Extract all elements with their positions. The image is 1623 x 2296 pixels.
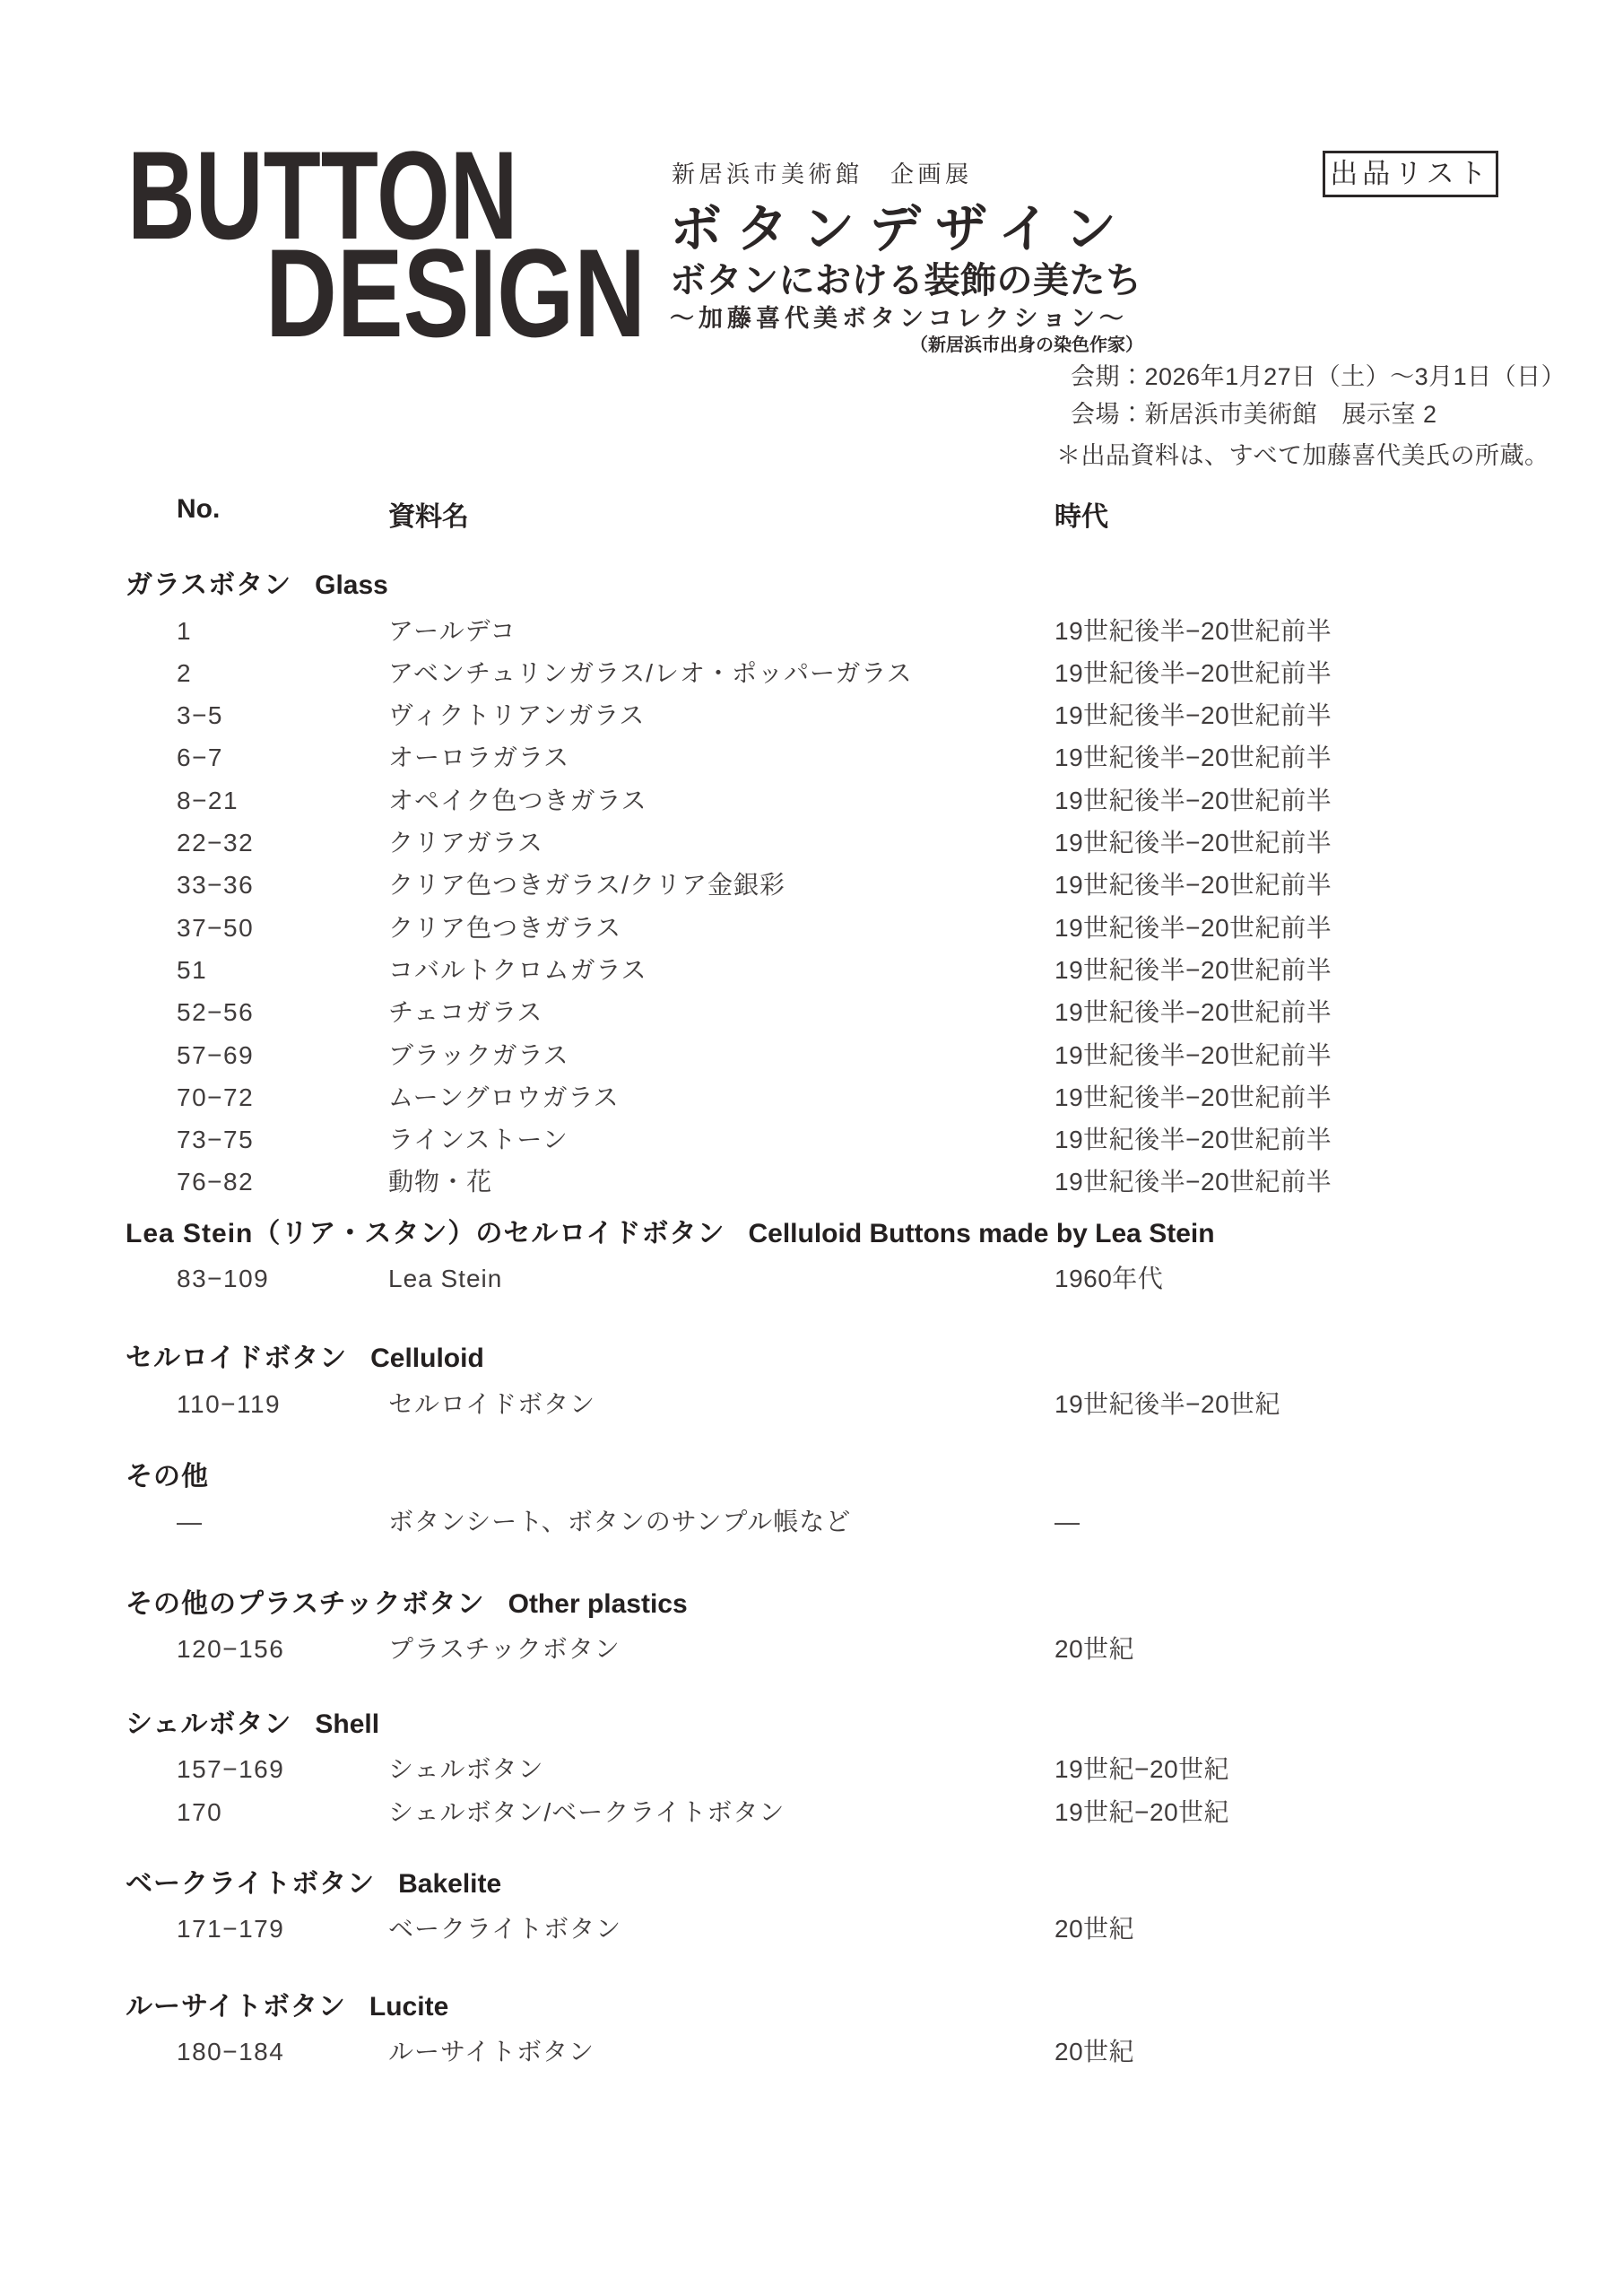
row-name: Lea Stein <box>388 1264 502 1294</box>
table-row: —ボタンシート、ボタンのサンプル帳など— <box>0 1503 1623 1545</box>
section-header: その他のプラスチックボタンOther plastics <box>0 1588 1623 1631</box>
table-row: 180−184ルーサイトボタン20世紀 <box>0 2033 1623 2075</box>
table-row: 6−7オーロラガラス19世紀後半−20世紀前半 <box>0 739 1623 781</box>
section-title-en: Celluloid <box>370 1344 484 1373</box>
table-row: 83−109Lea Stein1960年代 <box>0 1260 1623 1302</box>
row-no: 120−156 <box>177 1634 284 1665</box>
table-row: 8−21オペイク色つきガラス19世紀後半−20世紀前半 <box>0 782 1623 824</box>
table-row: 2アベンチュリンガラス/レオ・ポッパーガラス19世紀後半−20世紀前半 <box>0 655 1623 697</box>
row-era: 19世紀後半−20世紀前半 <box>1055 870 1332 900</box>
row-name: ムーングロウガラス <box>388 1083 620 1113</box>
row-name: アベンチュリンガラス/レオ・ポッパーガラス <box>388 658 913 689</box>
row-name: クリア色つきガラス/クリア金銀彩 <box>388 870 785 900</box>
column-header-name: 資料名 <box>388 494 469 534</box>
table-row: 37−50クリア色つきガラス19世紀後半−20世紀前半 <box>0 909 1623 952</box>
row-era: 19世紀後半−20世紀前半 <box>1055 997 1332 1028</box>
row-no: 22−32 <box>177 828 254 858</box>
row-era: 19世紀後半−20世紀前半 <box>1055 828 1332 858</box>
table-row: 76−82動物・花19世紀後半−20世紀前半 <box>0 1163 1623 1205</box>
table-row: 1アールデコ19世紀後半−20世紀前半 <box>0 613 1623 655</box>
row-name: クリア色つきガラス <box>388 913 621 944</box>
exhibit-list-badge: 出品リスト <box>1323 151 1498 197</box>
section-header: セルロイドボタンCelluloid <box>0 1343 1623 1385</box>
row-no: 6−7 <box>177 743 223 773</box>
row-era: 19世紀後半−20世紀前半 <box>1055 743 1332 773</box>
row-era: 1960年代 <box>1055 1264 1163 1294</box>
exhibition-venue: 会場：新居浜市美術館 展示室 2 <box>1071 395 1437 430</box>
row-no: 51 <box>177 955 207 986</box>
row-name: プラスチックボタン <box>388 1634 621 1665</box>
row-era: 19世紀後半−20世紀前半 <box>1055 913 1332 944</box>
row-era: 19世紀後半−20世紀前半 <box>1055 616 1332 647</box>
logo-line-design: DESIGN <box>265 230 646 356</box>
artist-note: （新居浜市出身の染色作家） <box>910 330 1143 356</box>
table-row: 70−72ムーングロウガラス19世紀後半−20世紀前半 <box>0 1079 1623 1121</box>
section-header: ベークライトボタンBakelite <box>0 1868 1623 1910</box>
row-no: 110−119 <box>177 1389 281 1420</box>
exhibition-list-document: BUTTON DESIGN 新居浜市美術館 企画展 ボタンデザイン ボタンにおけ… <box>0 0 1623 2296</box>
row-era: 19世紀後半−20世紀 <box>1055 1389 1280 1420</box>
table-column-headers: No. 資料名 時代 <box>0 489 1623 531</box>
section-title-en: Bakelite <box>398 1869 501 1899</box>
row-era: 20世紀 <box>1055 1634 1134 1665</box>
row-name: ブラックガラス <box>388 1040 569 1071</box>
table-row: 52−56チェコガラス19世紀後半−20世紀前半 <box>0 994 1623 1036</box>
section: その他—ボタンシート、ボタンのサンプル帳など— <box>0 1461 1623 1546</box>
section-header: ガラスボタンGlass <box>0 570 1623 612</box>
section-header: Lea Stein（リア・スタン）のセルロイドボタンCelluloid Butt… <box>0 1218 1623 1260</box>
row-era: 19世紀後半−20世紀前半 <box>1055 1125 1332 1155</box>
row-no: 170 <box>177 1797 222 1828</box>
column-header-era: 時代 <box>1055 494 1108 534</box>
row-name: ボタンシート、ボタンのサンプル帳など <box>388 1507 851 1537</box>
column-header-no: No. <box>177 494 220 525</box>
row-no: 180−184 <box>177 2037 284 2067</box>
table-row: 33−36クリア色つきガラス/クリア金銀彩19世紀後半−20世紀前半 <box>0 866 1623 909</box>
row-no: 70−72 <box>177 1083 254 1113</box>
row-name: ベークライトボタン <box>388 1914 621 1944</box>
section-title-ja: ベークライトボタン <box>126 1869 375 1899</box>
row-name: コバルトクロムガラス <box>388 955 647 986</box>
table-row: 57−69ブラックガラス19世紀後半−20世紀前半 <box>0 1037 1623 1079</box>
section: ルーサイトボタンLucite180−184ルーサイトボタン20世紀 <box>0 1991 1623 2076</box>
section-title-en: Other plastics <box>508 1589 688 1619</box>
table-row: 3−5ヴィクトリアンガラス19世紀後半−20世紀前半 <box>0 697 1623 739</box>
section-title-ja: その他 <box>126 1462 209 1492</box>
sections-container: ガラスボタンGlass1アールデコ19世紀後半−20世紀前半2アベンチュリンガラ… <box>0 570 1623 2075</box>
row-era: 19世紀後半−20世紀前半 <box>1055 1083 1332 1113</box>
section-header: その他 <box>0 1461 1623 1503</box>
table-row: 51コバルトクロムガラス19世紀後半−20世紀前半 <box>0 952 1623 994</box>
row-era: 20世紀 <box>1055 2037 1134 2067</box>
row-name: オペイク色つきガラス <box>388 786 647 816</box>
row-no: 37−50 <box>177 913 254 944</box>
table-row: 120−156プラスチックボタン20世紀 <box>0 1631 1623 1673</box>
section: シェルボタンShell157−169シェルボタン19世紀−20世紀170シェルボ… <box>0 1709 1623 1836</box>
row-name: ヴィクトリアンガラス <box>388 700 645 731</box>
section: ベークライトボタンBakelite171−179ベークライトボタン20世紀 <box>0 1868 1623 1953</box>
row-name: オーロラガラス <box>388 743 569 773</box>
row-no: 52−56 <box>177 997 254 1028</box>
row-era: 20世紀 <box>1055 1914 1134 1944</box>
row-no: 3−5 <box>177 700 223 731</box>
section-title-ja: セルロイドボタン <box>126 1344 347 1373</box>
row-no: 33−36 <box>177 870 254 900</box>
row-name: シェルボタン/ベークライトボタン <box>388 1797 785 1828</box>
exhibition-subtitle: ボタンにおける装飾の美たち <box>670 252 1142 303</box>
museum-and-exhibition-type: 新居浜市美術館 企画展 <box>672 156 973 189</box>
section-title-ja: Lea Stein（リア・スタン）のセルロイドボタン <box>126 1219 725 1248</box>
row-name: チェコガラス <box>388 997 542 1028</box>
section: ガラスボタンGlass1アールデコ19世紀後半−20世紀前半2アベンチュリンガラ… <box>0 570 1623 1205</box>
row-name: アールデコ <box>388 616 516 647</box>
row-era: 19世紀後半−20世紀前半 <box>1055 955 1332 986</box>
row-era: 19世紀−20世紀 <box>1055 1754 1229 1785</box>
row-name: ルーサイトボタン <box>388 2037 595 2067</box>
row-era: 19世紀後半−20世紀前半 <box>1055 658 1332 689</box>
section: セルロイドボタンCelluloid110−119セルロイドボタン19世紀後半−2… <box>0 1343 1623 1428</box>
exhibition-period: 会期：2026年1月27日（土）～3月1日（日） <box>1071 357 1566 392</box>
row-no: 83−109 <box>177 1264 269 1294</box>
table-row: 170シェルボタン/ベークライトボタン19世紀−20世紀 <box>0 1794 1623 1836</box>
section-title-en: Lucite <box>369 1992 448 2022</box>
section-title-ja: ガラスボタン <box>126 570 291 600</box>
table-row: 73−75ラインストーン19世紀後半−20世紀前半 <box>0 1121 1623 1163</box>
row-no: 1 <box>177 616 192 647</box>
row-name: シェルボタン <box>388 1754 543 1785</box>
row-name: 動物・花 <box>388 1167 492 1197</box>
row-era: 19世紀後半−20世紀前半 <box>1055 786 1332 816</box>
collection-line: ～加藤喜代美ボタンコレクション～ <box>670 299 1128 334</box>
row-no: 8−21 <box>177 786 239 816</box>
row-name: クリアガラス <box>388 828 543 858</box>
table-row: 157−169シェルボタン19世紀−20世紀 <box>0 1751 1623 1793</box>
section-title-ja: その他のプラスチックボタン <box>126 1589 485 1619</box>
row-era: — <box>1055 1507 1081 1537</box>
row-era: 19世紀後半−20世紀前半 <box>1055 700 1332 731</box>
row-no: 171−179 <box>177 1914 284 1944</box>
section-title-ja: ルーサイトボタン <box>126 1992 346 2022</box>
ownership-note: ＊出品資料は、すべて加藤喜代美氏の所蔵。 <box>1056 436 1549 471</box>
section: その他のプラスチックボタンOther plastics120−156プラスチック… <box>0 1588 1623 1674</box>
section-title-ja: シェルボタン <box>126 1709 291 1739</box>
row-no: 73−75 <box>177 1125 254 1155</box>
row-name: セルロイドボタン <box>388 1389 595 1420</box>
section-header: シェルボタンShell <box>0 1709 1623 1751</box>
row-no: — <box>177 1507 204 1537</box>
row-no: 57−69 <box>177 1040 254 1071</box>
row-era: 19世紀後半−20世紀前半 <box>1055 1167 1332 1197</box>
section-title-en: Glass <box>315 570 388 600</box>
row-no: 157−169 <box>177 1754 284 1785</box>
table-row: 110−119セルロイドボタン19世紀後半−20世紀 <box>0 1386 1623 1428</box>
section: Lea Stein（リア・スタン）のセルロイドボタンCelluloid Butt… <box>0 1218 1623 1303</box>
section-title-en: Celluloid Buttons made by Lea Stein <box>748 1219 1214 1248</box>
exhibit-list: No. 資料名 時代 ガラスボタンGlass1アールデコ19世紀後半−20世紀前… <box>0 489 1623 2075</box>
table-row: 22−32クリアガラス19世紀後半−20世紀前半 <box>0 824 1623 866</box>
table-row: 171−179ベークライトボタン20世紀 <box>0 1910 1623 1952</box>
row-no: 76−82 <box>177 1167 254 1197</box>
row-era: 19世紀後半−20世紀前半 <box>1055 1040 1332 1071</box>
row-era: 19世紀−20世紀 <box>1055 1797 1229 1828</box>
row-no: 2 <box>177 658 192 689</box>
row-name: ラインストーン <box>388 1125 568 1155</box>
section-title-en: Shell <box>315 1709 379 1739</box>
exhibition-title: ボタンデザイン <box>670 187 1131 262</box>
section-header: ルーサイトボタンLucite <box>0 1991 1623 2033</box>
